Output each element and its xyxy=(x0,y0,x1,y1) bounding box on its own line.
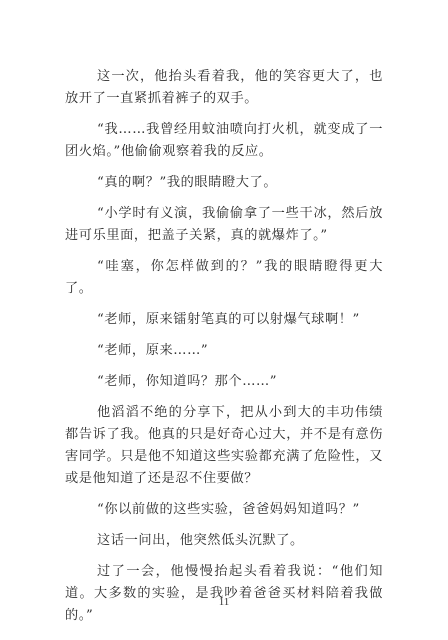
paragraph: “我……我曾经用蚊油喷向打火机，就变成了一团火焰。”他偷偷观察着我的反应。 xyxy=(65,119,383,163)
paragraph: 他滔滔不绝的分享下，把从小到大的丰功伟绩都告诉了我。他真的只是好奇心过大，并不是… xyxy=(65,402,383,490)
paragraph: “真的啊？”我的眼睛瞪大了。 xyxy=(65,172,383,194)
document-body: 这一次，他抬头看着我，他的笑容更大了，也放开了一直紧抓着裤子的双手。 “我……我… xyxy=(65,66,383,636)
paragraph: “老师，你知道吗？那个……” xyxy=(65,371,383,393)
paragraph: 这话一问出，他突然低头沉默了。 xyxy=(65,530,383,552)
paragraph: 这一次，他抬头看着我，他的笑容更大了，也放开了一直紧抓着裤子的双手。 xyxy=(65,66,383,110)
paragraph: “哇塞，你怎样做到的？”我的眼睛瞪得更大了。 xyxy=(65,256,383,300)
paragraph: “小学时有义演，我偷偷拿了一些干冰，然后放进可乐里面，把盖子关紧，真的就爆炸了。… xyxy=(65,203,383,247)
page-number: 11 xyxy=(0,596,448,608)
paragraph: “老师，原来……” xyxy=(65,340,383,362)
paragraph: “你以前做的这些实验，爸爸妈妈知道吗？” xyxy=(65,499,383,521)
paragraph: 过了一会，他慢慢抬起头看着我说：“他们知道。大多数的实验，是我吵着爸爸买材料陪着… xyxy=(65,561,383,627)
paragraph: “老师，原来镭射笔真的可以射爆气球啊！” xyxy=(65,309,383,331)
